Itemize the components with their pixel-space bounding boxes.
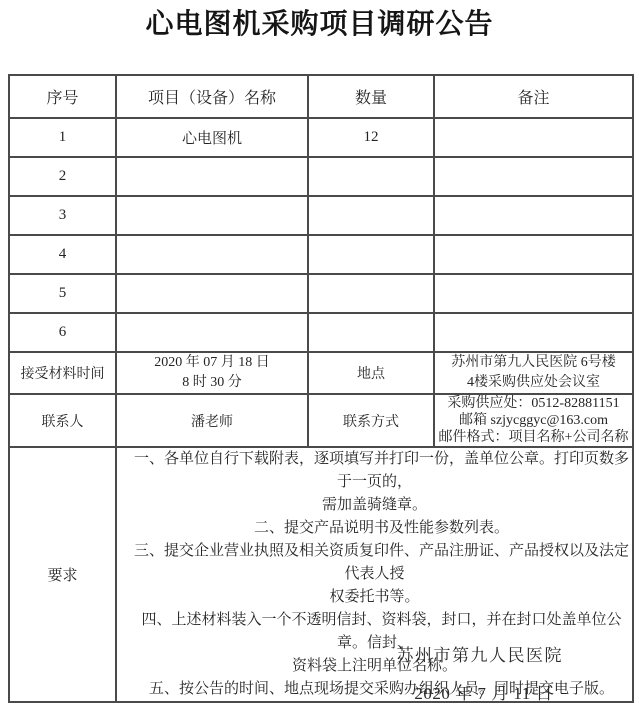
cell-item-name bbox=[116, 313, 308, 352]
requirement-item: 二、提交产品说明书及性能参数列表。 bbox=[117, 517, 632, 540]
procurement-table: 序号 项目（设备）名称 数量 备注 1 心电图机 12 2 3 4 bbox=[8, 74, 634, 703]
document-page: 心电图机采购项目调研公告 序号 项目（设备）名称 数量 备注 1 心电图机 12… bbox=[0, 0, 639, 706]
cell-quantity: 12 bbox=[308, 118, 434, 157]
table-row: 5 bbox=[9, 274, 633, 313]
cell-quantity bbox=[308, 274, 434, 313]
requirement-item: 一、各单位自行下载附表，逐项填写并打印一份，盖单位公章。打印页数多于一页的， 需… bbox=[117, 448, 632, 517]
material-time-row: 接受材料时间 2020 年 07 月 18 日 8 时 30 分 地点 苏州市第… bbox=[9, 352, 633, 394]
requirement-item: 五、按公告的时间、地点现场提交采购办组织人员。同时提交电子版。 bbox=[117, 678, 632, 701]
contact-person-label: 联系人 bbox=[9, 394, 116, 447]
contact-method-label: 联系方式 bbox=[308, 394, 434, 447]
cell-remarks bbox=[434, 157, 633, 196]
contact-method-value: 采购供应处：0512-82881151 邮箱 szjycggyc@163.com… bbox=[434, 394, 633, 447]
requirements-label: 要求 bbox=[9, 447, 116, 702]
cell-item-name: 心电图机 bbox=[116, 118, 308, 157]
cell-seq: 4 bbox=[9, 235, 116, 274]
contact-person-value: 潘老师 bbox=[116, 394, 308, 447]
header-item-name: 项目（设备）名称 bbox=[116, 75, 308, 118]
footer-date: 2020 年 7 月 11 日 bbox=[414, 679, 553, 704]
cell-item-name bbox=[116, 235, 308, 274]
footer-organization: 苏州市第九人民医院 bbox=[397, 641, 564, 666]
cell-quantity bbox=[308, 157, 434, 196]
page-title: 心电图机采购项目调研公告 bbox=[0, 2, 639, 42]
cell-quantity bbox=[308, 235, 434, 274]
table-row: 3 bbox=[9, 196, 633, 235]
cell-seq: 2 bbox=[9, 157, 116, 196]
cell-quantity bbox=[308, 313, 434, 352]
table-row: 6 bbox=[9, 313, 633, 352]
table-row: 4 bbox=[9, 235, 633, 274]
cell-item-name bbox=[116, 157, 308, 196]
cell-item-name bbox=[116, 196, 308, 235]
cell-seq: 6 bbox=[9, 313, 116, 352]
header-remarks: 备注 bbox=[434, 75, 633, 118]
cell-seq: 5 bbox=[9, 274, 116, 313]
cell-remarks bbox=[434, 196, 633, 235]
contact-row: 联系人 潘老师 联系方式 采购供应处：0512-82881151 邮箱 szjy… bbox=[9, 394, 633, 447]
cell-remarks bbox=[434, 118, 633, 157]
location-label: 地点 bbox=[308, 352, 434, 394]
table-header-row: 序号 项目（设备）名称 数量 备注 bbox=[9, 75, 633, 118]
cell-seq: 1 bbox=[9, 118, 116, 157]
table-row: 1 心电图机 12 bbox=[9, 118, 633, 157]
header-quantity: 数量 bbox=[308, 75, 434, 118]
cell-remarks bbox=[434, 313, 633, 352]
material-time-label: 接受材料时间 bbox=[9, 352, 116, 394]
cell-quantity bbox=[308, 196, 434, 235]
cell-remarks bbox=[434, 235, 633, 274]
table-row: 2 bbox=[9, 157, 633, 196]
cell-item-name bbox=[116, 274, 308, 313]
location-value: 苏州市第九人民医院 6号楼 4楼采购供应处会议室 bbox=[434, 352, 633, 394]
cell-remarks bbox=[434, 274, 633, 313]
header-seq: 序号 bbox=[9, 75, 116, 118]
material-time-value: 2020 年 07 月 18 日 8 时 30 分 bbox=[116, 352, 308, 394]
requirement-item: 三、提交企业营业执照及相关资质复印件、产品注册证、产品授权以及法定代表人授 权委… bbox=[117, 540, 632, 609]
cell-seq: 3 bbox=[9, 196, 116, 235]
